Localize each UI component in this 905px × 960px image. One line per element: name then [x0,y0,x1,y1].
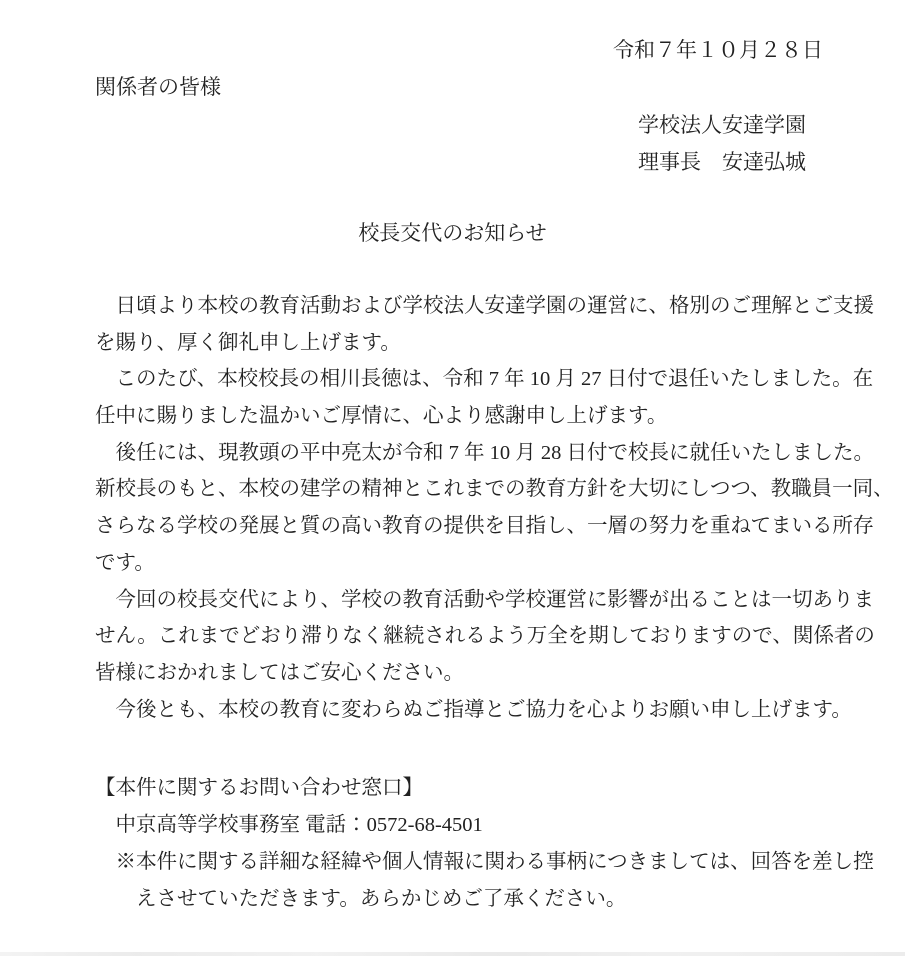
body-text-line: 今回の校長交代により、学校の教育活動や学校運営に影響が出ることは一切ありま [95,582,857,619]
sender-organization: 学校法人安達学園 [638,114,806,137]
sender-signer: 理事長 安達弘城 [638,151,806,174]
body-text-line: です。 [95,545,857,582]
body-text-line: 日頃より本校の教育活動および学校法人安達学園の運営に、格別のご理解とご支援 [95,288,857,325]
body-text-line: 今後とも、本校の教育に変わらぬご指導とご協力を心よりお願い申し上げます。 [95,692,857,729]
contact-text-line: 【本件に関するお問い合わせ窓口】 [95,770,857,807]
contact-text-line: 中京高等学校事務室 電話：0572-68-4501 [95,807,857,844]
body-text-line: このたび、本校校長の相川長徳は、令和 7 年 10 月 27 日付で退任いたしま… [95,361,857,398]
body-text-line: 後任には、現教頭の平中亮太が令和 7 年 10 月 28 日付で校長に就任いたし… [95,435,857,472]
contact-text-line: ※本件に関する詳細な経緯や個人情報に関わる事柄につきましては、回答を差し控 [95,844,857,881]
body-text-line: 皆様におかれましてはご安心ください。 [95,655,857,692]
body-text-line: せん。これまでどおり滞りなく継続されるよう万全を期しておりますので、関係者の [95,618,857,655]
letter-page: 令和７年１０月２８日 関係者の皆様 学校法人安達学園 理事長 安達弘城 校長交代… [0,0,905,960]
letter-date: 令和７年１０月２８日 [613,39,823,62]
body-text-line: 任中に賜りました温かいご厚情に、心より感謝申し上げます。 [95,398,857,435]
document-title: 校長交代のお知らせ [0,222,905,245]
scan-artifact-line [0,952,905,956]
body-text-line: を賜り、厚く御礼申し上げます。 [95,325,857,362]
recipient-line: 関係者の皆様 [95,76,221,99]
body-text-line: さらなる学校の発展と質の高い教育の提供を目指し、一層の努力を重ねてまいる所存 [95,508,857,545]
contact-section: 【本件に関するお問い合わせ窓口】 中京高等学校事務室 電話：0572-68-45… [95,770,857,918]
contact-text-line: えさせていただきます。あらかじめご了承ください。 [95,881,857,918]
body-text-line: 新校長のもと、本校の建学の精神とこれまでの教育方針を大切にしつつ、教職員一同、 [95,471,857,508]
letter-body: 日頃より本校の教育活動および学校法人安達学園の運営に、格別のご理解とご支援を賜り… [95,288,857,728]
